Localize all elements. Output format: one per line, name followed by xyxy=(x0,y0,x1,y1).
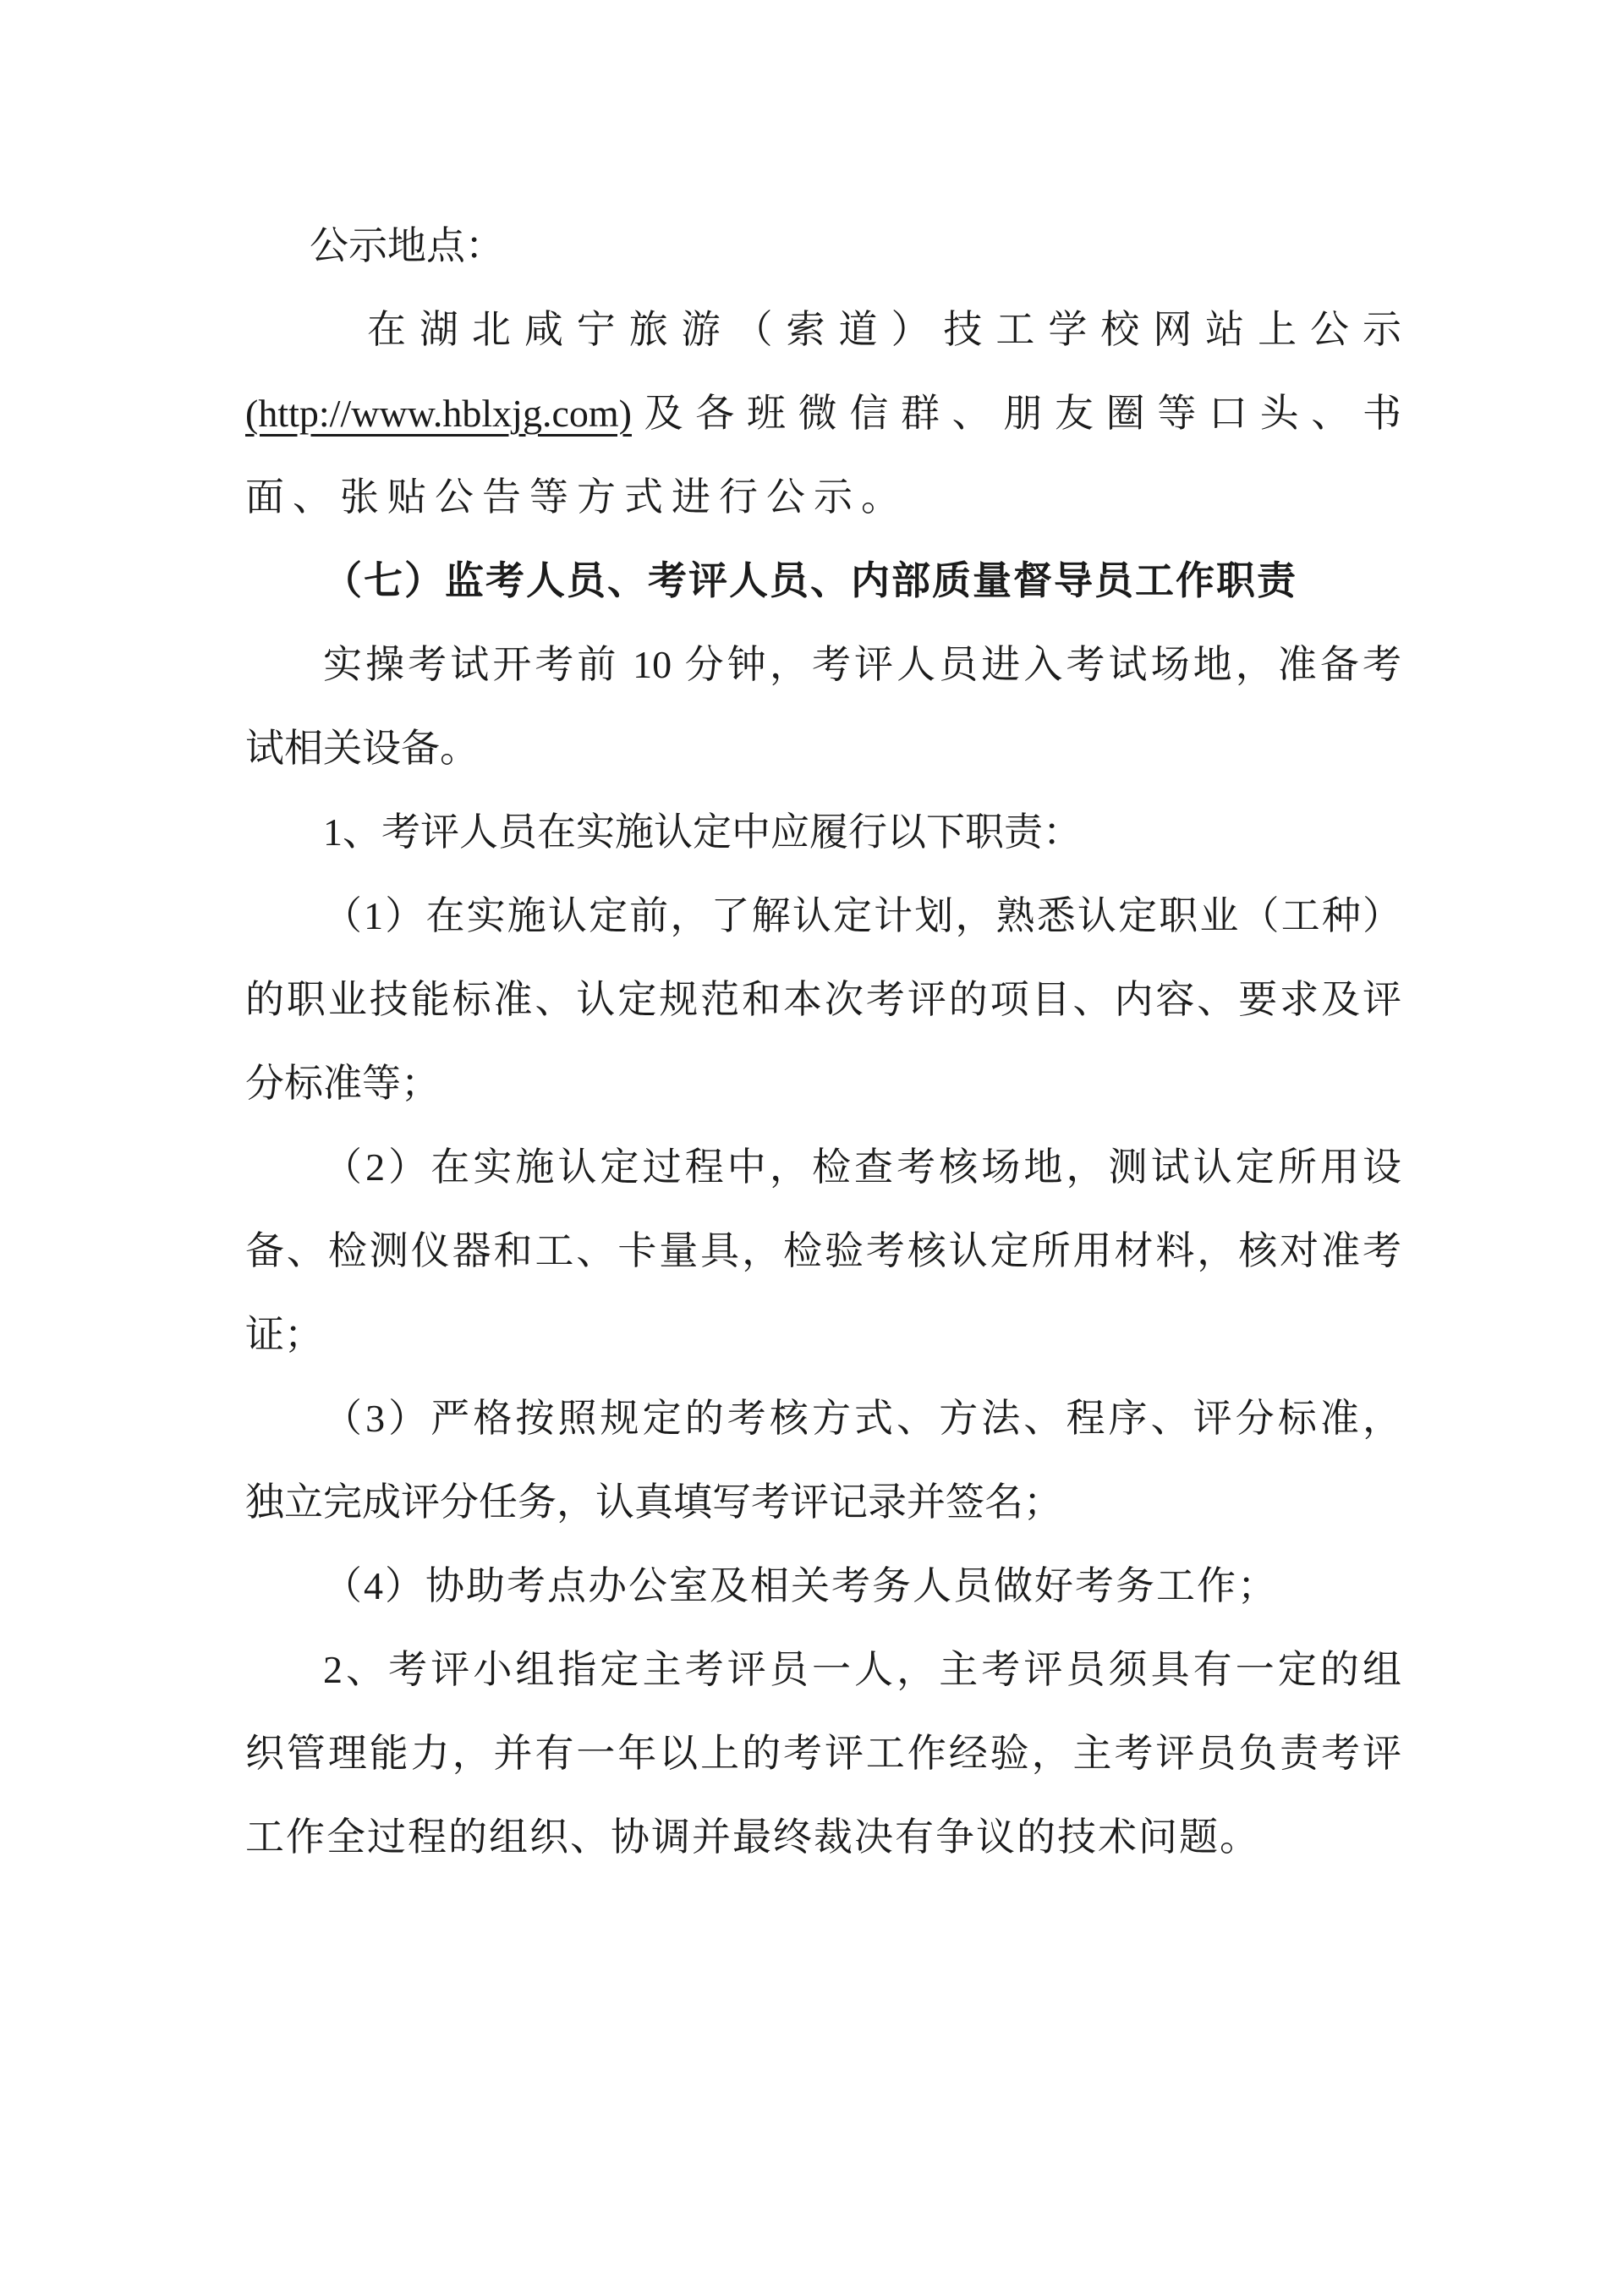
doc-line: 在湖北咸宁旅游（索道）技工学校网站上公示 xyxy=(245,288,1401,371)
list-item-2: 2、考评小组指定主考评员一人，主考评员须具有一定的组 xyxy=(245,1628,1401,1711)
doc-line-with-url: (http://www.hblxjg.com)及各班微信群、朋友圈等口头、书 xyxy=(245,371,1401,455)
line-public-notice-location: 公示地点： xyxy=(245,204,1401,288)
doc-line: 备、检测仪器和工、卡量具，检验考核认定所用材料，核对准考 xyxy=(245,1209,1401,1293)
sub-item-2: （2）在实施认定过程中，检查考核场地，测试认定所用设 xyxy=(245,1125,1401,1209)
doc-line: 分标准等； xyxy=(245,1041,1401,1125)
doc-line: 证； xyxy=(245,1293,1401,1376)
doc-line: 实操考试开考前 10 分钟，考评人员进入考试场地，准备考 xyxy=(245,623,1401,706)
document-page: 公示地点： 在湖北咸宁旅游（索道）技工学校网站上公示 (http://www.h… xyxy=(0,0,1623,2296)
section-heading: （七）监考人员、考评人员、内部质量督导员工作职责 xyxy=(245,539,1401,623)
doc-line: 的职业技能标准、认定规范和本次考评的项目、内容、要求及评 xyxy=(245,958,1401,1041)
doc-line: 织管理能力，并有一年以上的考评工作经验，主考评员负责考评 xyxy=(245,1711,1401,1795)
sub-item-3: （3）严格按照规定的考核方式、方法、程序、评分标准， xyxy=(245,1376,1401,1460)
sub-item-4: （4）协助考点办公室及相关考务人员做好考务工作； xyxy=(245,1544,1401,1628)
doc-line-text: 及各班微信群、朋友圈等口头、书 xyxy=(632,392,1401,435)
hyperlink-url: (http://www.hblxjg.com) xyxy=(245,392,632,435)
doc-line: 工作全过程的组织、协调并最终裁决有争议的技术问题。 xyxy=(245,1795,1401,1879)
doc-line: 试相关设备。 xyxy=(245,706,1401,790)
sub-item-1: （1）在实施认定前，了解认定计划，熟悉认定职业（工种） xyxy=(245,874,1401,958)
document-text-block: 公示地点： 在湖北咸宁旅游（索道）技工学校网站上公示 (http://www.h… xyxy=(245,204,1401,1879)
doc-line: 独立完成评分任务，认真填写考评记录并签名； xyxy=(245,1460,1401,1544)
doc-line: 面、张贴公告等方式进行公示。 xyxy=(245,455,1401,539)
list-item-1: 1、考评人员在实施认定中应履行以下职责： xyxy=(245,790,1401,874)
